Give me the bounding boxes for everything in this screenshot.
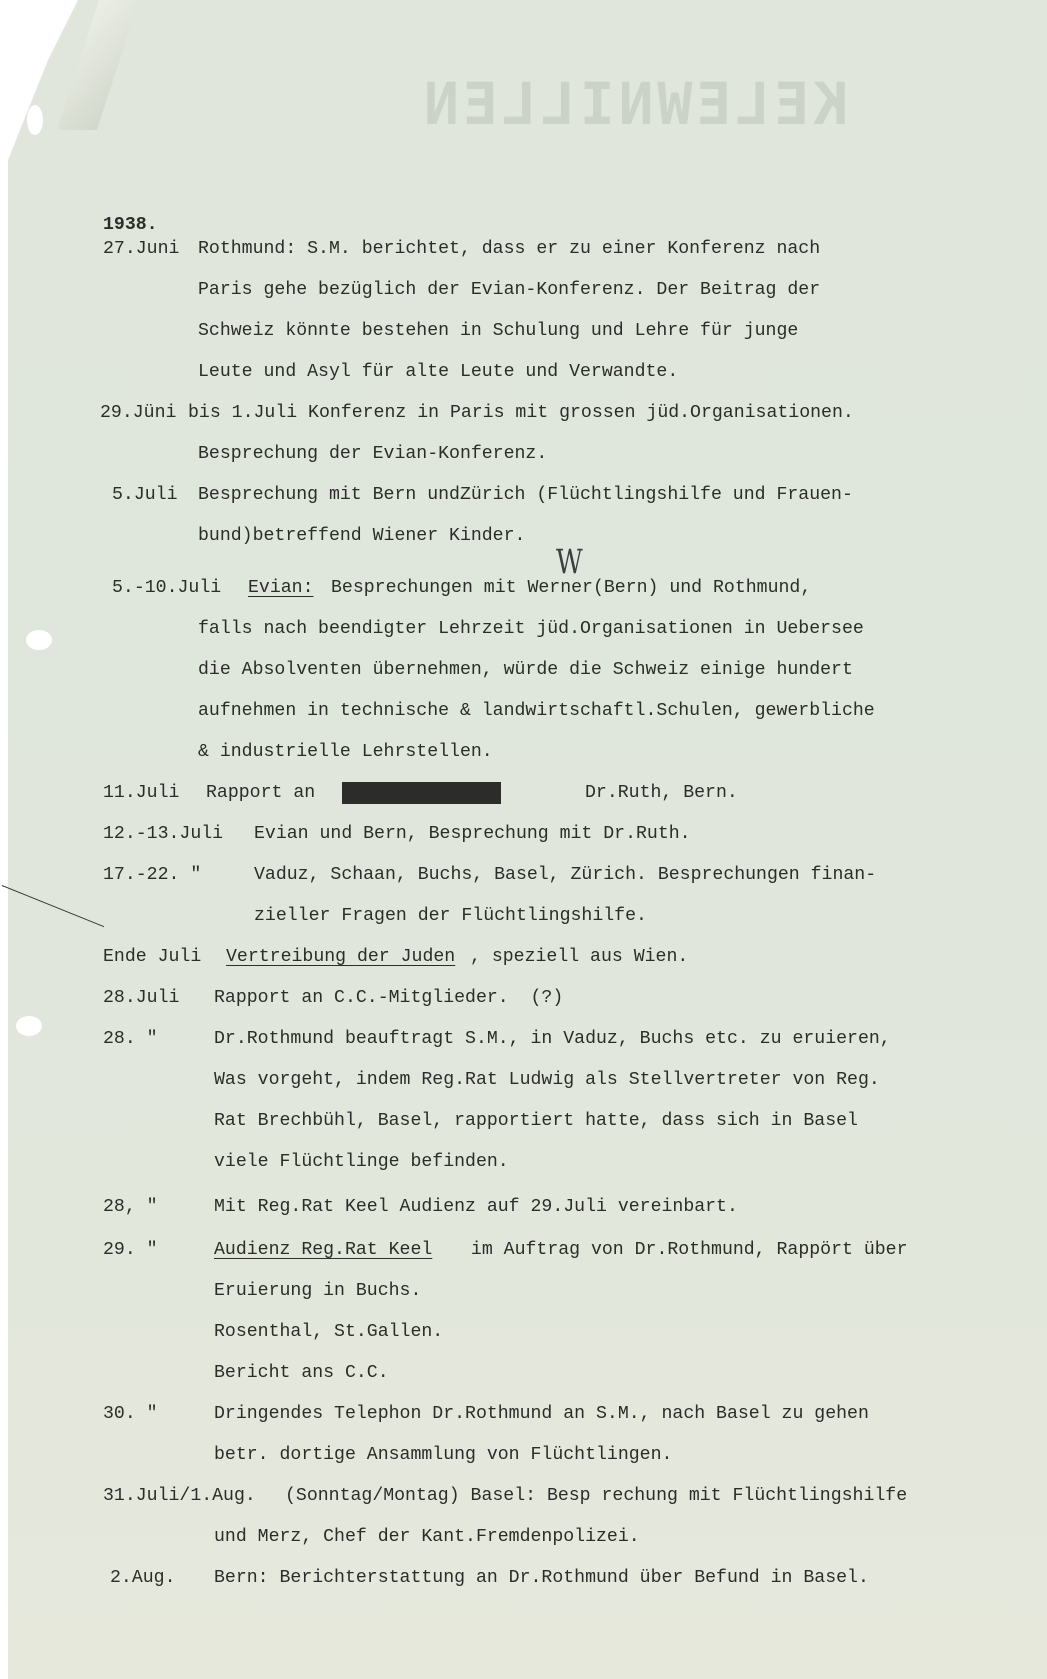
entry-text: Rothmund: S.M. berichtet, dass er zu ein…	[198, 238, 820, 260]
underlined-heading: Vertreibung der Juden	[226, 946, 455, 968]
entry-text: Rosenthal, St.Gallen.	[214, 1321, 443, 1343]
entry-text: im Auftrag von Dr.Rothmund, Rappört über	[460, 1239, 908, 1261]
entry-date: 11.Juli	[103, 782, 179, 804]
entry-text: bund)betreffend Wiener Kinder.	[198, 525, 525, 547]
entry-date: 2.Aug.	[110, 1567, 176, 1589]
entry-text: die Absolventen übernehmen, würde die Sc…	[198, 659, 853, 681]
entry-text: zieller Fragen der Flüchtlingshilfe.	[254, 905, 647, 927]
entry-date: 28, "	[103, 1196, 158, 1218]
entry-text: , speziell aus Wien.	[470, 946, 688, 968]
entry-text: (Sonntag/Montag) Basel: Besp rechung mit…	[285, 1485, 907, 1507]
entry-date: 29. "	[103, 1239, 158, 1261]
entry-date: 12.-13.Juli	[103, 823, 223, 845]
struck-out-text: xxxxxxxxxxxxxxxx	[342, 782, 501, 804]
entry-text: Besprechung mit Bern undZürich (Flüchtli…	[198, 484, 853, 506]
entry-text: Besprechung der Evian-Konferenz.	[198, 443, 547, 465]
entry-date: 28.Juli	[103, 987, 179, 1009]
entry-text: Vaduz, Schaan, Buchs, Basel, Zürich. Bes…	[254, 864, 876, 886]
entry-text: viele Flüchtlinge befinden.	[214, 1151, 509, 1173]
underlined-heading: Audienz Reg.Rat Keel	[214, 1239, 432, 1261]
entry-text: Mit Reg.Rat Keel Audienz auf 29.Juli ver…	[214, 1196, 738, 1218]
entry-text: Dr.Rothmund beauftragt S.M., in Vaduz, B…	[214, 1028, 891, 1050]
entry-date: 29.Jüni	[100, 402, 176, 424]
year-heading: 1938.	[103, 214, 158, 236]
entry-text: und Merz, Chef der Kant.Fremdenpolizei.	[214, 1526, 640, 1548]
entry-text: & industrielle Lehrstellen.	[198, 741, 493, 763]
entry-text: Eruierung in Buchs.	[214, 1280, 421, 1302]
entry-text: Leute und Asyl für alte Leute und Verwan…	[198, 361, 678, 383]
typewritten-document: 1938. 27.Juni Rothmund: S.M. berichtet, …	[0, 0, 1047, 1679]
entry-date: 5.-10.Juli	[112, 577, 221, 599]
entry-text: Rapport an C.C.-Mitglieder. (?)	[214, 987, 563, 1009]
entry-text: Dringendes Telephon Dr.Rothmund an S.M.,…	[214, 1403, 869, 1425]
entry-date: 17.-22. "	[103, 864, 201, 886]
underlined-place: Evian:	[248, 577, 314, 599]
entry-text: bis 1.Juli Konferenz in Paris mit grosse…	[188, 402, 854, 424]
entry-text: Paris gehe bezüglich der Evian-Konferenz…	[198, 279, 820, 301]
entry-text: falls nach beendigter Lehrzeit jüd.Organ…	[198, 618, 864, 640]
entry-date: 27.Juni	[103, 238, 179, 260]
entry-date: Ende Juli	[103, 946, 201, 968]
entry-date: 30. "	[103, 1403, 158, 1425]
entry-text: Bericht ans C.C.	[214, 1362, 389, 1384]
entry-text: aufnehmen in technische & landwirtschaft…	[198, 700, 875, 722]
entry-text: Evian und Bern, Besprechung mit Dr.Ruth.	[254, 823, 691, 845]
entry-date: 28. "	[103, 1028, 158, 1050]
entry-date: 31.Juli/1.Aug.	[103, 1485, 256, 1507]
entry-text: Schweiz könnte bestehen in Schulung und …	[198, 320, 798, 342]
entry-text: Bern: Berichterstattung an Dr.Rothmund ü…	[214, 1567, 869, 1589]
entry-text: Was vorgeht, indem Reg.Rat Ludwig als St…	[214, 1069, 880, 1091]
entry-text: betr. dortige Ansammlung von Flüchtlinge…	[214, 1444, 672, 1466]
entry-text: Dr.Ruth, Bern.	[585, 782, 738, 804]
entry-text: Rat Brechbühl, Basel, rapportiert hatte,…	[214, 1110, 858, 1132]
entry-text: Rapport an	[206, 782, 315, 804]
pencil-correction: W	[556, 544, 583, 583]
entry-date: 5.Juli	[112, 484, 178, 506]
